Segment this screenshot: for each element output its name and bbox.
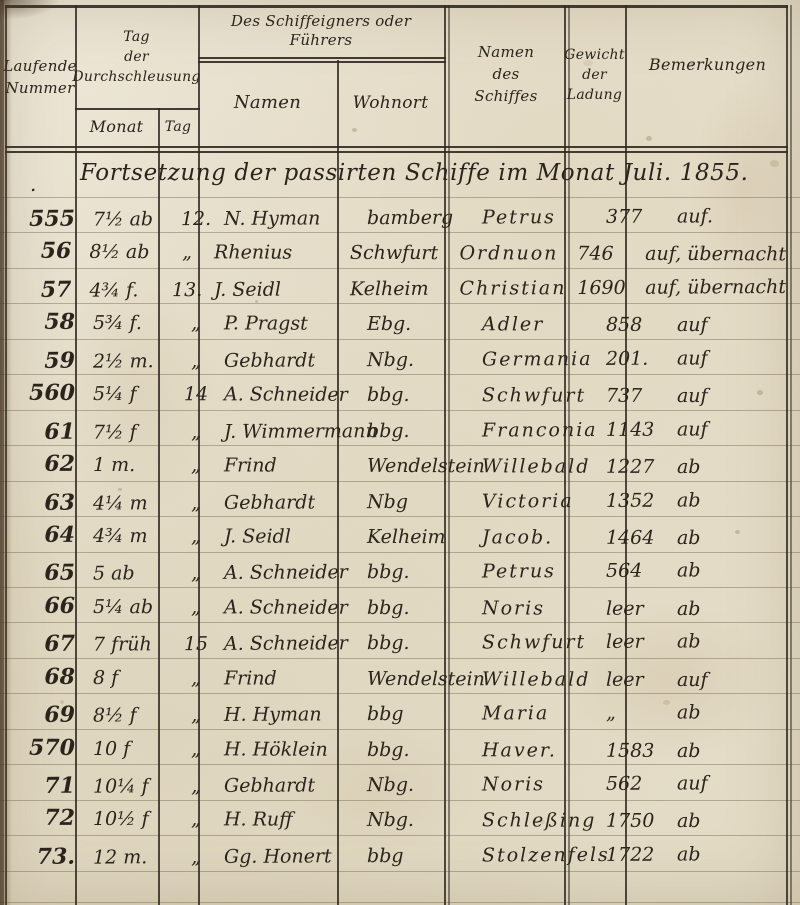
cell-tag: 15 <box>176 636 216 659</box>
header-tag: Tag <box>158 110 198 144</box>
table-row: 64 4¾ m „ J. Seidl Kelheim Jacob. 1464 a… <box>5 515 786 553</box>
cell-schiffseigner-name: H. Höklein <box>216 740 363 764</box>
cell-wohnort: Nbg. <box>363 812 474 835</box>
cell-schiffseigner-name: J. Seidl <box>206 281 346 305</box>
header-schiffseigner: Des Schiffeigners oder Führers <box>198 6 444 56</box>
fox-spot <box>770 160 779 167</box>
cell-bemerkung: auf <box>667 420 786 444</box>
cell-schiffsname: Jacob. <box>474 529 602 552</box>
cell-schiffsname: Haver. <box>474 741 602 764</box>
table-body: 555 7½ ab 12. N. Hyman bamberg Petrus 37… <box>5 197 786 870</box>
table-row: 65 5 ab „ A. Schneider bbg. Petrus 564 a… <box>5 549 786 589</box>
cell-tag: „ <box>176 565 216 588</box>
cell-wohnort: bbg <box>363 847 474 871</box>
cell-wohnort: Nbg <box>363 493 474 517</box>
ledger-page: Laufende Nummer Tag der Durchschleusung … <box>0 0 800 905</box>
cell-wohnort: Schwfurt <box>346 245 452 268</box>
cell-gewicht: 1722 <box>602 846 667 869</box>
cell-schiffseigner-name: H. Ruff <box>216 811 363 835</box>
cell-wohnort: Kelheim <box>346 280 452 304</box>
table-vline <box>790 5 792 905</box>
cell-laufende-nummer: 66 <box>5 595 83 621</box>
cell-gewicht: 377 <box>602 208 667 231</box>
cell-schiffseigner-name: H. Hyman <box>216 706 363 730</box>
cell-schiffsname: Willebald <box>474 458 602 481</box>
cell-schiffsname: Adler <box>474 316 602 339</box>
cell-schiffseigner-name: A. Schneider <box>216 386 363 410</box>
cell-laufende-nummer: 69 <box>5 704 83 730</box>
cell-wohnort: bamberg <box>363 209 474 233</box>
cell-tag: „ <box>176 707 216 730</box>
cell-gewicht: 562 <box>602 775 667 798</box>
cell-bemerkung: ab <box>667 633 786 657</box>
cell-laufende-nummer: 62 <box>5 453 83 479</box>
cell-laufende-nummer: 68 <box>5 666 83 692</box>
cell-schiffsname: Noris <box>474 775 602 799</box>
cell-schiffseigner-name: Rhenius <box>206 244 346 267</box>
header-namen-des-schiffes: Namen des Schiffes <box>448 10 564 140</box>
table-row: 560 5¼ f 14 A. Schneider bbg. Schwfurt 7… <box>5 373 786 411</box>
cell-schiffseigner-name: N. Hyman <box>216 210 363 234</box>
cell-wohnort: Wendelstein <box>363 670 474 693</box>
table-row: 59 2½ m. „ Gebhardt Nbg. Germania 201. a… <box>5 337 786 377</box>
cell-tag: 13. <box>168 281 206 304</box>
cell-bemerkung: ab <box>667 845 786 869</box>
cell-bemerkung: ab <box>667 562 786 586</box>
cell-schiffsname: Ordnuon <box>451 245 573 268</box>
cell-wohnort: Kelheim <box>363 528 474 551</box>
cell-schiffsname: Christian <box>451 279 573 303</box>
cell-schiffseigner-name: Gebhardt <box>216 493 363 517</box>
cell-schiffsname: Maria <box>474 704 602 728</box>
cell-tag: „ <box>176 811 216 834</box>
cell-wohnort: Ebg. <box>363 316 474 339</box>
cell-wohnort: Wendelstein <box>363 457 474 480</box>
table-row: 58 5¾ f. „ P. Pragst Ebg. Adler 858 auf <box>5 302 786 340</box>
cell-schiffseigner-name: J. Seidl <box>216 528 363 552</box>
cell-uhrzeit: 8½ ab <box>79 244 168 267</box>
cell-wohnort: bbg <box>363 705 474 729</box>
cell-tag: „ <box>176 528 216 551</box>
cell-schiffseigner-name: P. Pragst <box>216 315 363 339</box>
table-row: 66 5¼ ab „ A. Schneider bbg. Noris leer … <box>5 585 786 623</box>
cell-wohnort: bbg. <box>363 422 474 446</box>
cell-schiffseigner-name: A. Schneider <box>216 564 363 588</box>
header-monat: Monat <box>75 110 158 144</box>
table-row: 69 8½ f „ H. Hyman bbg Maria „ ab <box>5 691 786 731</box>
cell-uhrzeit: 4¾ m <box>83 527 176 550</box>
cell-schiffseigner-name: Gebhardt <box>216 777 363 801</box>
cell-tag: „ <box>176 777 216 800</box>
cell-laufende-nummer: 72 <box>5 808 83 834</box>
cell-tag: „ <box>176 315 216 338</box>
cell-schiffsname: Noris <box>474 600 602 623</box>
table-row: 72 10½ f „ H. Ruff Nbg. Schleßing 1750 a… <box>5 798 786 836</box>
table-row: 570 10 f „ H. Höklein bbg. Haver. 1583 a… <box>5 727 786 765</box>
cell-schiffsname: Stolzenfels <box>474 846 602 870</box>
page-corner-smudge <box>0 0 60 20</box>
cell-wohnort: Nbg. <box>363 351 474 375</box>
table-vline <box>786 5 788 905</box>
header-gewicht-der-ladung: Gewicht der Ladung <box>564 10 625 140</box>
cell-schiffsname: Petrus <box>474 563 602 587</box>
cell-laufende-nummer: 58 <box>5 311 83 337</box>
cell-schiffseigner-name: J. Wimmermann <box>216 422 363 446</box>
header-laufende-nummer: Laufende Nummer <box>5 10 75 145</box>
cell-schiffsname: Petrus <box>474 208 602 232</box>
cell-wohnort: Nbg. <box>363 776 474 800</box>
header-namen: Namen <box>198 62 337 144</box>
cell-tag: „ <box>176 457 216 480</box>
section-title: Fortsetzung der passirten Schiffe im Mon… <box>80 160 749 186</box>
table-row: 62 1 m. „ Frind Wendelstein Willebald 12… <box>5 444 786 482</box>
cell-gewicht: 737 <box>602 387 667 410</box>
cell-schiffsname: Schwfurt <box>474 634 602 658</box>
cell-wohnort: bbg. <box>363 563 474 587</box>
cell-uhrzeit: 10 f <box>83 740 176 763</box>
header-bemerkungen: Bemerkungen <box>629 30 786 100</box>
cell-gewicht: 1352 <box>602 492 667 515</box>
table-row: 73. 12 m. „ Gg. Honert bbg Stolzenfels 1… <box>5 833 786 873</box>
table-row: 63 4¼ m „ Gebhardt Nbg Victoria 1352 ab <box>5 478 786 518</box>
table-row: 71 10¼ f „ Gebhardt Nbg. Noris 562 auf <box>5 762 786 802</box>
cell-bemerkung: auf. <box>667 207 786 231</box>
table-row: 555 7½ ab 12. N. Hyman bamberg Petrus 37… <box>5 195 786 235</box>
cell-tag: „ <box>176 598 216 621</box>
cell-laufende-nummer: 73. <box>5 846 83 872</box>
cell-schiffsname: Schleßing <box>474 812 602 835</box>
cell-uhrzeit: 7 früh <box>83 636 176 659</box>
table-row: 56 8½ ab „ Rhenius Schwfurt Ordnuon 746 … <box>5 231 786 269</box>
cell-laufende-nummer: 64 <box>5 524 83 550</box>
cell-laufende-nummer: 56 <box>5 241 79 267</box>
cell-schiffseigner-name: Frind <box>216 669 363 693</box>
fox-spot <box>646 136 652 141</box>
cell-schiffsname: Willebald <box>474 670 602 693</box>
cell-wohnort: bbg. <box>363 387 474 410</box>
cell-schiffsname: Franconia <box>474 421 602 445</box>
cell-gewicht: 1143 <box>602 421 667 444</box>
cell-schiffseigner-name: Frind <box>216 457 363 481</box>
cell-wohnort: bbg. <box>363 634 474 658</box>
cell-uhrzeit: 8½ f <box>83 707 176 730</box>
table-row: 68 8 f „ Frind Wendelstein Willebald lee… <box>5 656 786 694</box>
cell-wohnort: bbg. <box>363 741 474 764</box>
cell-schiffsname: Schwfurt <box>474 387 602 410</box>
cell-bemerkung: ab <box>667 704 786 728</box>
cell-schiffsname: Victoria <box>474 492 602 516</box>
cell-uhrzeit: 10½ f <box>83 811 176 834</box>
cell-gewicht: 1750 <box>602 813 667 836</box>
ruled-line <box>0 902 800 903</box>
cell-tag: „ <box>168 244 206 267</box>
header-tag-der-durchschleusung: Tag der Durchschleusung <box>75 8 198 106</box>
cell-schiffseigner-name: A. Schneider <box>216 599 363 623</box>
cell-uhrzeit: 12 m. <box>83 848 176 871</box>
cell-gewicht: 746 <box>573 245 635 268</box>
cell-tag: 14 <box>176 386 216 409</box>
title-dot: . <box>30 172 36 196</box>
cell-uhrzeit: 1 m. <box>83 456 176 479</box>
header-wohnort: Wohnort <box>337 62 444 144</box>
cell-gewicht: 1690 <box>573 279 635 302</box>
cell-gewicht: „ <box>602 704 667 727</box>
cell-tag: „ <box>176 740 216 763</box>
cell-tag: „ <box>176 352 216 375</box>
table-row: 61 7½ f „ J. Wimmermann bbg. Franconia 1… <box>5 408 786 448</box>
cell-gewicht: 564 <box>602 562 667 585</box>
cell-gewicht: 201. <box>602 350 667 373</box>
table-hline-header-bottom <box>5 151 788 153</box>
cell-laufende-nummer: 570 <box>5 737 83 763</box>
cell-tag: 12. <box>176 210 216 233</box>
cell-bemerkung: auf, übernacht <box>635 278 786 302</box>
cell-schiffsname: Germania <box>474 350 602 374</box>
cell-bemerkung: ab <box>667 491 786 515</box>
cell-gewicht: 1583 <box>602 742 667 765</box>
cell-gewicht: leer <box>602 633 667 656</box>
cell-wohnort: bbg. <box>363 599 474 622</box>
cell-gewicht: 858 <box>602 316 667 339</box>
cell-schiffseigner-name: A. Schneider <box>216 635 363 659</box>
cell-bemerkung: auf <box>667 349 786 373</box>
page-edge <box>0 0 4 905</box>
cell-tag: „ <box>176 669 216 692</box>
cell-schiffseigner-name: Gebhardt <box>216 351 363 375</box>
cell-tag: „ <box>176 848 216 871</box>
cell-uhrzeit: 5¾ f. <box>83 315 176 338</box>
cell-uhrzeit: 5 ab <box>83 565 176 588</box>
table-row: 57 4¾ f. 13. J. Seidl Kelheim Christian … <box>5 266 786 306</box>
cell-tag: „ <box>176 494 216 517</box>
cell-laufende-nummer: 560 <box>5 382 83 408</box>
table-row: 67 7 früh 15 A. Schneider bbg. Schwfurt … <box>5 620 786 660</box>
table-hline <box>198 57 446 59</box>
table-hline-header-bottom <box>5 146 788 148</box>
cell-bemerkung: auf <box>667 774 786 798</box>
cell-tag: „ <box>176 423 216 446</box>
cell-uhrzeit: 5¼ f <box>83 386 176 409</box>
cell-gewicht: 1227 <box>602 458 667 481</box>
cell-uhrzeit: 5¼ ab <box>83 598 176 621</box>
cell-schiffseigner-name: Gg. Honert <box>216 847 363 871</box>
cell-uhrzeit: 8 f <box>83 669 176 692</box>
cell-gewicht: leer <box>602 671 667 694</box>
